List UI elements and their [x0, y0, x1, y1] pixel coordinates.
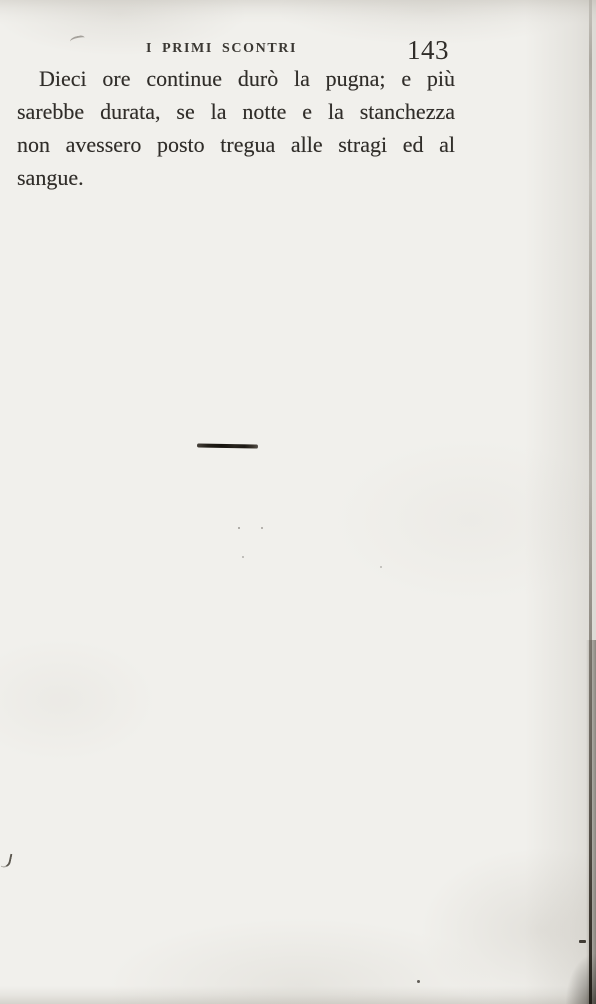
ink-speck [261, 527, 263, 529]
ink-speck [1, 852, 13, 869]
paragraph-line: non avessero posto tregua alle stragi ed… [17, 128, 455, 161]
page-corner-shadow [566, 954, 596, 1004]
ink-speck [238, 527, 240, 529]
paragraph-line: sarebbe durata, se la notte e la stanche… [17, 95, 455, 128]
ink-speck [380, 566, 382, 568]
ink-speck [417, 980, 420, 983]
ink-speck [242, 556, 244, 558]
book-page: I PRIMI SCONTRI 143 Dieci ore continue d… [0, 0, 596, 1004]
page-edge-shadow [586, 640, 596, 1004]
pencil-smudge [69, 35, 85, 45]
paragraph-line: sangue. [17, 161, 455, 194]
body-paragraph: Dieci ore continue durò la pugna; e più … [17, 62, 455, 194]
section-rule-divider [197, 443, 258, 448]
page-number: 143 [407, 37, 449, 64]
ink-speck [579, 940, 586, 943]
paragraph-line: Dieci ore continue durò la pugna; e più [17, 62, 455, 95]
running-title: I PRIMI SCONTRI [146, 41, 297, 57]
